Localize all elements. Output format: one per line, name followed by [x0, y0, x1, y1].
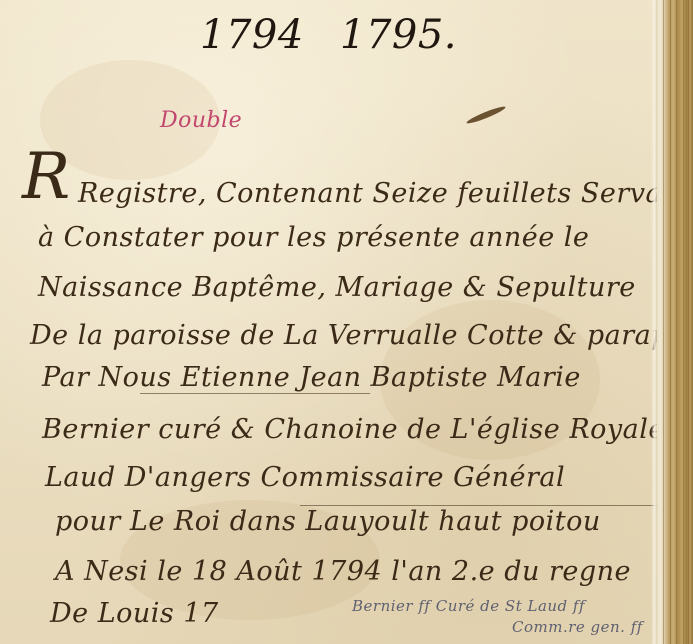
binding-fold [670, 0, 671, 644]
binding-fold [676, 0, 677, 644]
initial-letter: R [22, 140, 71, 214]
text-line-3: Naissance Baptême, Mariage & Sepulture [38, 272, 636, 303]
text-line-7: Laud D'angers Commissaire Général [45, 462, 565, 493]
text-line-8: pour Le Roi dans Lauyoult haut poitou [55, 506, 601, 537]
binding-fold [663, 0, 664, 644]
binding-fold [688, 0, 689, 644]
header-year-1795: 1795. [340, 12, 457, 58]
text-line-6: Bernier curé & Chanoine de L'église Roya… [42, 414, 693, 445]
book-binding [657, 0, 693, 644]
text-line-10: De Louis 17 [50, 598, 219, 629]
underline [300, 505, 660, 506]
signature-line-2: Comm.re gen. ff [512, 618, 643, 636]
underline [140, 393, 370, 394]
text-line-2: à Constater pour les présente année le [38, 222, 589, 253]
double-annotation: Double [160, 108, 242, 133]
header-year-1794: 1794 [200, 12, 304, 58]
text-line-1: Registre, Contenant Seize feuillets Serv… [78, 178, 691, 209]
document-page: 1794 1795. Double R Registre, Contenant … [0, 0, 693, 644]
text-line-5: Par Nous Etienne Jean Baptiste Marie [42, 362, 581, 393]
binding-fold [683, 0, 684, 644]
signature-line-1: Bernier ff Curé de St Laud ff [352, 597, 585, 615]
text-line-9: A Nesi le 18 Août 1794 l'an 2.e du regne [55, 556, 631, 587]
text-line-4: De la paroisse de La Verrualle Cotte & p… [30, 320, 693, 351]
ink-mark [465, 104, 506, 125]
